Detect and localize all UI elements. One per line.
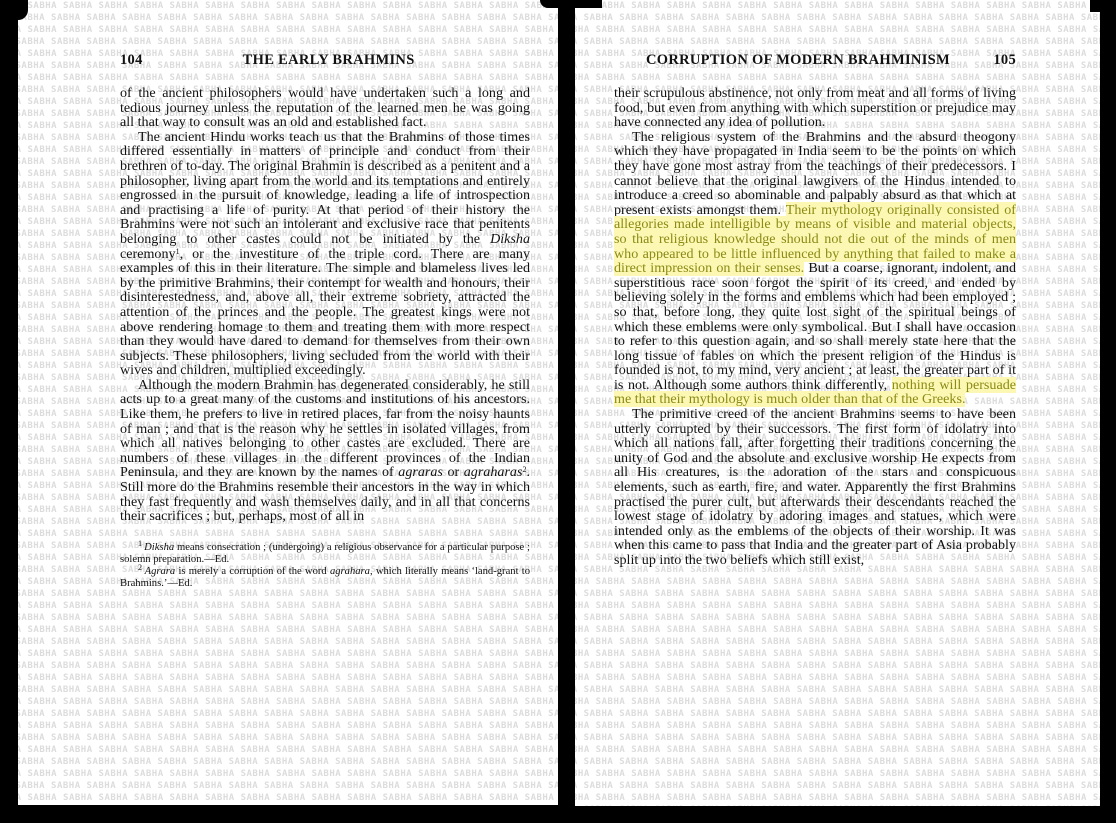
- text-run: The primitive creed of the ancient Brahm…: [614, 406, 1016, 568]
- paragraph: of the ancient philosophers would have u…: [120, 86, 530, 130]
- left-running-head: 104 THE EARLY BRAHMINS: [120, 52, 530, 78]
- italic-term: Diksha: [490, 231, 530, 247]
- running-head-title: THE EARLY BRAHMINS: [143, 52, 530, 69]
- text-run: ceremony: [120, 246, 176, 262]
- left-page-top-edge: [18, 0, 28, 20]
- footnote: 1 Diksha means consecration ; (undergoin…: [120, 542, 530, 566]
- running-head-title: CORRUPTION OF MODERN BRAHMINISM: [614, 52, 993, 69]
- page-number: 104: [120, 52, 143, 69]
- binding-top-right: [572, 0, 602, 8]
- text-run: The ancient Hindu works teach us that th…: [120, 129, 530, 247]
- paragraph: The primitive creed of the ancient Brahm…: [614, 407, 1016, 568]
- paragraph: Although the modern Brahmin has degenera…: [120, 378, 530, 524]
- binding-top-left: [540, 0, 562, 8]
- right-page: CORRUPTION OF MODERN BRAHMINISM 105 thei…: [614, 52, 1016, 568]
- right-running-head: CORRUPTION OF MODERN BRAHMINISM 105: [614, 52, 1016, 78]
- text-run: their scrupulous abstinence, not only fr…: [614, 85, 1016, 130]
- right-page-body: their scrupulous abstinence, not only fr…: [614, 86, 1016, 568]
- paragraph: their scrupulous abstinence, not only fr…: [614, 86, 1016, 130]
- italic-term: agrahara: [330, 566, 370, 577]
- left-page: 104 THE EARLY BRAHMINS of the ancient ph…: [120, 52, 530, 590]
- left-outer-edge: [0, 0, 18, 823]
- left-page-footnotes: 1 Diksha means consecration ; (undergoin…: [120, 542, 530, 590]
- right-page-bottom-edge: [560, 806, 1116, 823]
- italic-term: Diksha: [144, 542, 174, 553]
- left-page-body: of the ancient philosophers would have u…: [120, 86, 530, 524]
- text-run: , or the investiture of the triple cord.…: [120, 246, 530, 379]
- center-binding: [558, 0, 575, 823]
- paragraph: The ancient Hindu works teach us that th…: [120, 130, 530, 378]
- text-run: means consecration ; (undergoing) a reli…: [120, 542, 530, 565]
- left-page-bottom-edge: [0, 805, 560, 823]
- italic-term: agraras: [398, 464, 443, 480]
- italic-term: agraharas: [464, 464, 523, 480]
- text-run: is merely a corruption of the word: [175, 566, 330, 577]
- text-run: or: [443, 464, 464, 480]
- footnote: 2 Agrara is merely a corruption of the w…: [120, 566, 530, 590]
- text-run: But a coarse, ignorant, indolent, and su…: [614, 260, 1016, 393]
- page-number: 105: [993, 52, 1016, 69]
- paragraph: The religious system of the Brahmins and…: [614, 130, 1016, 407]
- italic-term: Agrara: [145, 566, 176, 577]
- right-page-top-edge: [1090, 0, 1116, 12]
- footnote-number: 2: [138, 563, 145, 572]
- right-outer-edge: [1100, 0, 1116, 823]
- scanned-book-spread: SABHA SABHA SABHA SABHA SABHA SABHA SABH…: [0, 0, 1116, 823]
